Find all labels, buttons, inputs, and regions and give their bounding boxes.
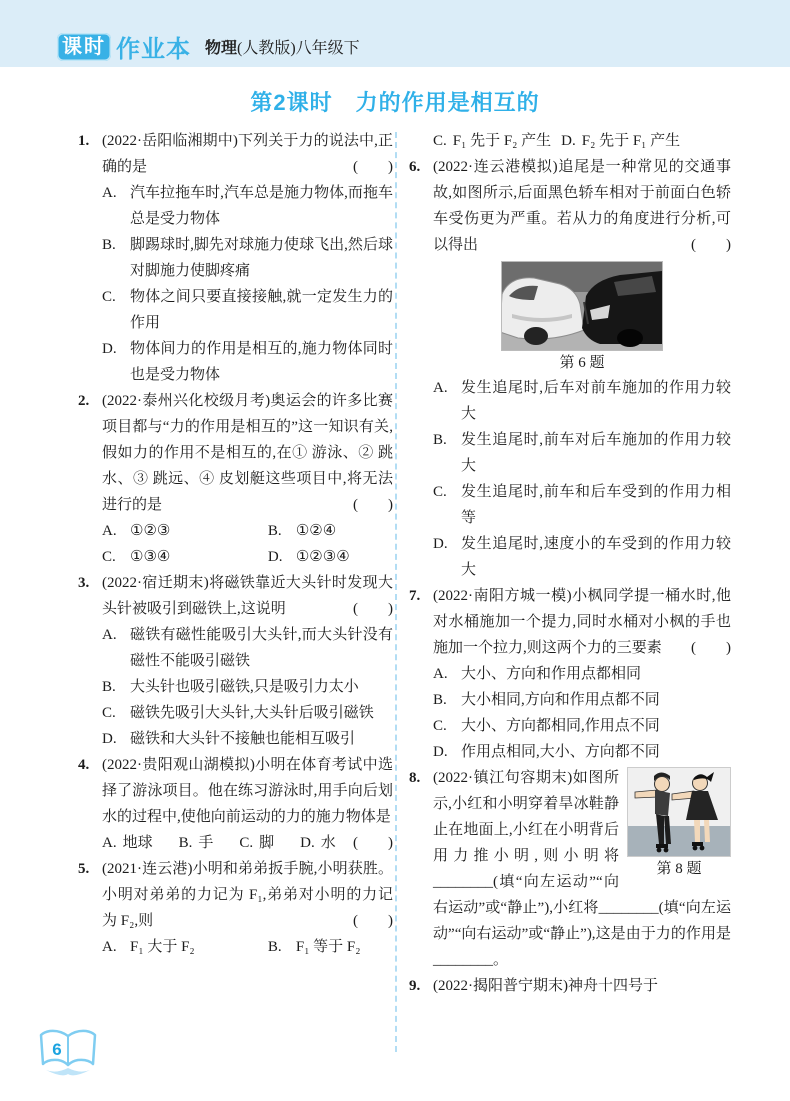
open-book-icon: 6 [36,1028,100,1078]
option-row: D.磁铁和大头针不接触也能相互吸引 [102,726,393,752]
option-letter: A. [102,622,130,674]
stem-text: (2022·揭阳普宁期末)神舟十四号于 [433,978,658,994]
question-stem: (2022·宿迁期末)将磁铁靠近大头针时发现大头针被吸引到磁铁上,这说明( ) [102,570,393,622]
question-7: 7. (2022·南阳方城一模)小枫同学提一桶水时,他对水桶施加一个提力,同时水… [409,583,731,765]
option-inline-row: A.地球 B.手 C.脚 D.水 [102,830,353,856]
option-row: B.大小相同,方向和作用点都不同 [433,687,731,713]
option-text: ①③④ [130,544,268,570]
question-number: 9. [409,973,433,999]
stem-text: (2022·宿迁期末)将磁铁靠近大头针时发现大头针被吸引到磁铁上,这说明 [102,575,393,617]
option-letter: B. [433,687,461,713]
answer-bracket: ( ) [353,908,393,934]
option-letter: B. [268,518,296,544]
option-text: 磁铁先吸引大头针,大头针后吸引磁铁 [130,700,393,726]
option-text: F₁ 大于 F₂ [130,934,268,960]
figure-caption: 第 8 题 [627,857,731,881]
option: D.水 [300,830,336,856]
question-stem: (2022·南阳方城一模)小枫同学提一桶水时,他对水桶施加一个提力,同时水桶对小… [433,583,731,661]
skaters-photo [627,767,731,857]
option-row: B.发生追尾时,前车对后车施加的作用力较大 [433,427,731,479]
question-5-options-cd: C.F₁ 先于 F₂ 产生 D.F₂ 先于 F₁ 产生 [409,128,731,154]
option-row: D.①②③④ [268,544,393,570]
car-crash-photo [501,261,663,351]
question-number: 7. [409,583,433,765]
option-row: C.大小、方向都相同,作用点不同 [433,713,731,739]
page-number-badge: 6 [36,1028,100,1078]
option-text: 手 [198,835,213,851]
option: C.脚 [239,830,274,856]
option-row: A.①②③ [102,518,268,544]
question-2: 2. (2022·泰州兴化校级月考)奥运会的许多比赛项目都与“力的作用是相互的”… [78,388,393,570]
option-text: 发生追尾时,前车对后车施加的作用力较大 [461,427,731,479]
logo-badge: 课时 [57,33,111,61]
question-stem: (2022·连云港模拟)追尾是一种常见的交通事故,如图所示,后面黑色轿车相对于前… [433,154,731,258]
question-4: 4. (2022·贵阳观山湖模拟)小明在体育考试中选择了游泳项目。他在练习游泳时… [78,752,393,856]
option-text: 物体之间只要直接接触,就一定发生力的作用 [130,284,393,336]
option-grid: A.①②③ B.①②④ C.①③④ D.①②③④ [102,518,393,570]
option-letter: B. [102,674,130,700]
option-letter: C. [102,700,130,726]
stem-text: (2022·岳阳临湘期中)下列关于力的说法中,正确的是 [102,133,393,175]
option-row: B.脚踢球时,脚先对球施力使球飞出,然后球对脚施力使脚疼痛 [102,232,393,284]
question-number: 5. [78,856,102,960]
figure-q6: 第 6 题 [501,261,663,375]
option-row: D.作用点相同,大小、方向都不同 [433,739,731,765]
question-number: 3. [78,570,102,752]
option: A.地球 [102,830,153,856]
question-number: 4. [78,752,102,856]
left-column: 1. (2022·岳阳临湘期中)下列关于力的说法中,正确的是( ) A.汽车拉拖… [78,128,393,960]
question-8: 8. [409,765,731,973]
answer-bracket: ( ) [353,154,393,180]
option-text: F₁ 等于 F₂ [296,934,393,960]
subject-edition: (人教版)八年级下 [237,40,360,57]
option-row: D.物体间力的作用是相互的,施力物体同时也是受力物体 [102,336,393,388]
option-letter: D. [433,739,461,765]
option-grid: A.F₁ 大于 F₂ B.F₁ 等于 F₂ [102,934,393,960]
option-letter: B. [268,934,296,960]
answer-bracket: ( ) [353,492,393,518]
question-number: 2. [78,388,102,570]
option-row: A.汽车拉拖车时,汽车总是施力物体,而拖车总是受力物体 [102,180,393,232]
answer-bracket: ( ) [353,830,393,856]
option-text: 磁铁和大头针不接触也能相互吸引 [130,726,393,752]
option-letter: B. [433,427,461,479]
option-letter: D. [102,726,130,752]
answer-bracket: ( ) [691,232,731,258]
option-letter: C. [433,713,461,739]
answer-bracket: ( ) [691,635,731,661]
right-column: C.F₁ 先于 F₂ 产生 D.F₂ 先于 F₁ 产生 6. (2022·连云港… [409,128,731,999]
question-5: 5. (2021·连云港)小明和弟弟扳手腕,小明获胜。小明对弟弟的力记为 F₁,… [78,856,393,960]
option-text: 汽车拉拖车时,汽车总是施力物体,而拖车总是受力物体 [130,180,393,232]
column-divider [395,132,397,1052]
option-row: C.物体之间只要直接接触,就一定发生力的作用 [102,284,393,336]
option-row: A.F₁ 大于 F₂ [102,934,268,960]
option-text: 发生追尾时,前车和后车受到的作用力相等 [461,479,731,531]
logo-name: 作业本 [116,29,191,64]
option: B.手 [179,830,214,856]
stem-text: (2022·连云港模拟)追尾是一种常见的交通事故,如图所示,后面黑色轿车相对于前… [433,159,731,253]
question-stem: (2022·岳阳临湘期中)下列关于力的说法中,正确的是( ) [102,128,393,180]
page-number: 6 [52,1040,61,1059]
option-text: 地球 [123,835,153,851]
option-letter: D. [433,531,461,583]
option-text: ①②④ [296,518,393,544]
option-text: 脚踢球时,脚先对球施力使球飞出,然后球对脚施力使脚疼痛 [130,232,393,284]
option-text: 大小、方向都相同,作用点不同 [461,713,731,739]
option-text: 水 [321,835,336,851]
option-letter: A. [433,375,461,427]
question-number: 1. [78,128,102,388]
option-row: A.发生追尾时,后车对前车施加的作用力较大 [433,375,731,427]
stem-text: (2021·连云港)小明和弟弟扳手腕,小明获胜。小明对弟弟的力记为 F₁,弟弟对… [102,861,393,929]
option-letter: D. [300,835,315,851]
question-1: 1. (2022·岳阳临湘期中)下列关于力的说法中,正确的是( ) A.汽车拉拖… [78,128,393,388]
option-row: A.大小、方向和作用点都相同 [433,661,731,687]
option-letter: C. [102,544,130,570]
option-text: 物体间力的作用是相互的,施力物体同时也是受力物体 [130,336,393,388]
subject-name: 物理 [205,40,237,57]
option: D.F₂ 先于 F₁ 产生 [561,128,680,154]
option-text: ①②③ [130,518,268,544]
option-letter: D. [268,544,296,570]
option-row: C.磁铁先吸引大头针,大头针后吸引磁铁 [102,700,393,726]
page-title: 第2课时 力的作用是相互的 [0,86,790,117]
question-3: 3. (2022·宿迁期末)将磁铁靠近大头针时发现大头针被吸引到磁铁上,这说明(… [78,570,393,752]
option-letter: A. [102,180,130,232]
question-number: 6. [409,154,433,583]
option-letter: B. [102,232,130,284]
question-stem: (2022·揭阳普宁期末)神舟十四号于 [433,973,731,999]
option-text: 发生追尾时,速度小的车受到的作用力较大 [461,531,731,583]
book-subject: 物理(人教版)八年级下 [205,35,360,58]
option-letter: D. [102,336,130,388]
option-letter: B. [179,835,193,851]
question-6: 6. (2022·连云港模拟)追尾是一种常见的交通事故,如图所示,后面黑色轿车相… [409,154,731,583]
question-stem: (2022·贵阳观山湖模拟)小明在体育考试中选择了游泳项目。他在练习游泳时,用手… [102,752,393,830]
question-stem: (2021·连云港)小明和弟弟扳手腕,小明获胜。小明对弟弟的力记为 F₁,弟弟对… [102,856,393,934]
option-text: F₁ 先于 F₂ 产生 [453,133,551,149]
option-text: 大头针也吸引磁铁,只是吸引力太小 [130,674,393,700]
option-letter: C. [102,284,130,336]
option-row: A.磁铁有磁性能吸引大头针,而大头针没有磁性不能吸引磁铁 [102,622,393,674]
option-text: 发生追尾时,后车对前车施加的作用力较大 [461,375,731,427]
figure-caption: 第 6 题 [501,351,663,375]
question-9: 9. (2022·揭阳普宁期末)神舟十四号于 [409,973,731,999]
option-row: B.①②④ [268,518,393,544]
option-text: F₂ 先于 F₁ 产生 [582,133,680,149]
option-letter: A. [433,661,461,687]
question-stem: (2022·泰州兴化校级月考)奥运会的许多比赛项目都与“力的作用是相互的”这一知… [102,388,393,518]
option-letter: D. [561,133,576,149]
option: C.F₁ 先于 F₂ 产生 [433,128,551,154]
header-band: 课时 作业本 物理(人教版)八年级下 [0,0,790,67]
stem-text: (2022·贵阳观山湖模拟)小明在体育考试中选择了游泳项目。他在练习游泳时,用手… [102,757,393,825]
option-letter: C. [239,835,253,851]
option-letter: A. [102,518,130,544]
brand-logo: 课时 作业本 物理(人教版)八年级下 [57,29,360,64]
option-text: 大小、方向和作用点都相同 [461,661,731,687]
figure-q8: 第 8 题 [627,767,731,881]
stem-text: (2022·泰州兴化校级月考)奥运会的许多比赛项目都与“力的作用是相互的”这一知… [102,393,393,513]
option-row: B.F₁ 等于 F₂ [268,934,393,960]
option-text: 脚 [259,835,274,851]
option-text: ①②③④ [296,544,393,570]
option-text: 作用点相同,大小、方向都不同 [461,739,731,765]
question-number: 8. [409,765,433,973]
option-letter: A. [102,934,130,960]
option-row: C.发生追尾时,前车和后车受到的作用力相等 [433,479,731,531]
option-row: B.大头针也吸引磁铁,只是吸引力太小 [102,674,393,700]
stem-text: (2022·南阳方城一模)小枫同学提一桶水时,他对水桶施加一个提力,同时水桶对小… [433,588,731,656]
option-text: 大小相同,方向和作用点都不同 [461,687,731,713]
option-letter: C. [433,133,447,149]
option-row: D.发生追尾时,速度小的车受到的作用力较大 [433,531,731,583]
option-letter: A. [102,835,117,851]
option-row: C.①③④ [102,544,268,570]
option-text: 磁铁有磁性能吸引大头针,而大头针没有磁性不能吸引磁铁 [130,622,393,674]
option-letter: C. [433,479,461,531]
answer-bracket: ( ) [353,596,393,622]
